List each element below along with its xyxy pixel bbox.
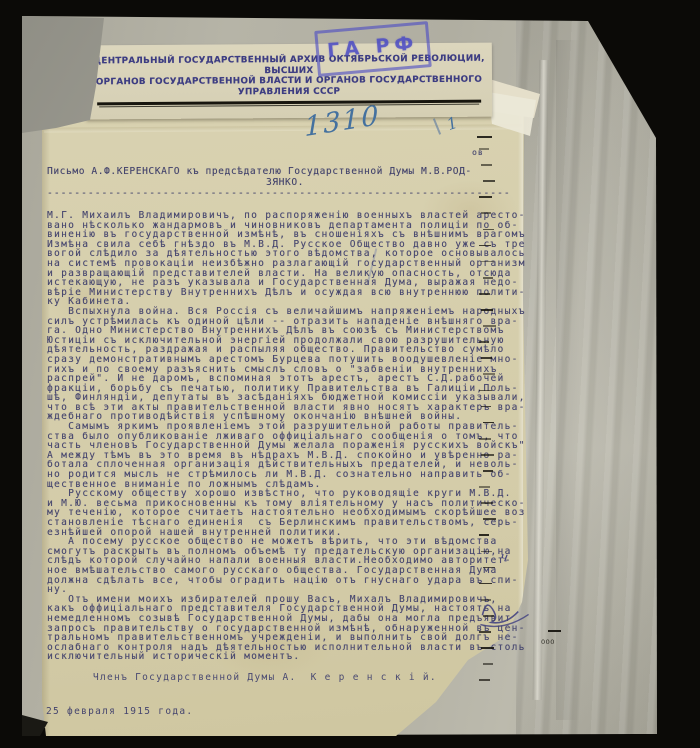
margin-dash [481, 357, 492, 359]
margin-dash [483, 325, 496, 327]
margin-dash [479, 534, 489, 536]
paragraph-2: Вспыхнула война. Вся Россія съ величайши… [47, 307, 529, 422]
margin-dash [479, 148, 489, 150]
margin-dash [479, 631, 491, 633]
margin-dash [481, 261, 494, 263]
margin-dash [483, 567, 495, 569]
margin-dash [483, 422, 494, 424]
paragraph-3: Самымъ яркимъ проявленіемъ этой разрушит… [47, 422, 529, 489]
letter-title-line1: Письмо А.Ф.КЕРЕНСКАГО къ предсѣдателю Го… [47, 166, 523, 177]
margin-dash [481, 406, 491, 408]
margin-dash [481, 454, 494, 456]
margin-dash [483, 229, 494, 231]
archive-header-text: ЦЕНТРАЛЬНЫЙ ГОСУДАРСТВЕННЫЙ АРХИВ ОКТЯБР… [86, 43, 492, 99]
margin-dash [483, 518, 496, 520]
margin-dash [483, 663, 493, 665]
letter-body: М.Г. Михаилъ Владимировичъ, по распоряже… [47, 211, 529, 662]
fold-shadow [556, 40, 590, 720]
margin-dash [483, 180, 495, 182]
margin-dash [481, 309, 493, 311]
letter-title: Письмо А.Ф.КЕРЕНСКАГО къ предсѣдателю Го… [47, 166, 523, 199]
margin-dash [479, 390, 492, 392]
margin-marks [479, 148, 499, 688]
print-run-code: 000 [541, 638, 555, 646]
margin-dash [479, 583, 492, 585]
margin-dash [479, 438, 491, 440]
signature-line: Членъ Государственной Думы А. К е р е н … [93, 672, 437, 683]
paragraph-4: Русскому обществу хорошо извѣстно, что р… [47, 489, 529, 537]
margin-dash [479, 196, 492, 198]
paragraph-6: Отъ имени моихъ избирателей прошу Васъ, … [47, 595, 529, 662]
margin-dash [483, 470, 493, 472]
margin-dash [479, 293, 490, 295]
margin-dash [481, 551, 492, 553]
paragraph-5: А посему русское общество не можетъ вѣри… [47, 537, 529, 595]
margin-dash [479, 341, 489, 343]
margin-dash [483, 615, 494, 617]
margin-dash [479, 245, 491, 247]
date-line: 25 февраля 1915 года. [46, 706, 193, 717]
margin-dash [481, 647, 494, 649]
margin-dash [483, 373, 495, 375]
margin-dash [481, 502, 493, 504]
margin-dash [481, 212, 491, 214]
margin-dash [479, 486, 490, 488]
margin-dash [483, 277, 493, 279]
archive-header-card: ЦЕНТРАЛЬНЫЙ ГОСУДАРСТВЕННЫЙ АРХИВ ОКТЯБР… [86, 43, 493, 120]
print-run-dash [548, 630, 561, 632]
margin-dash [479, 679, 490, 681]
edge-dash-fragment [477, 136, 492, 138]
margin-dash [481, 164, 492, 166]
paragraph-1: М.Г. Михаилъ Владимировичъ, по распоряже… [47, 211, 529, 307]
title-divider: ----------------------------------------… [47, 188, 523, 199]
letter-title-line2: ЗЯНКО. [47, 177, 523, 188]
margin-dash [481, 599, 491, 601]
